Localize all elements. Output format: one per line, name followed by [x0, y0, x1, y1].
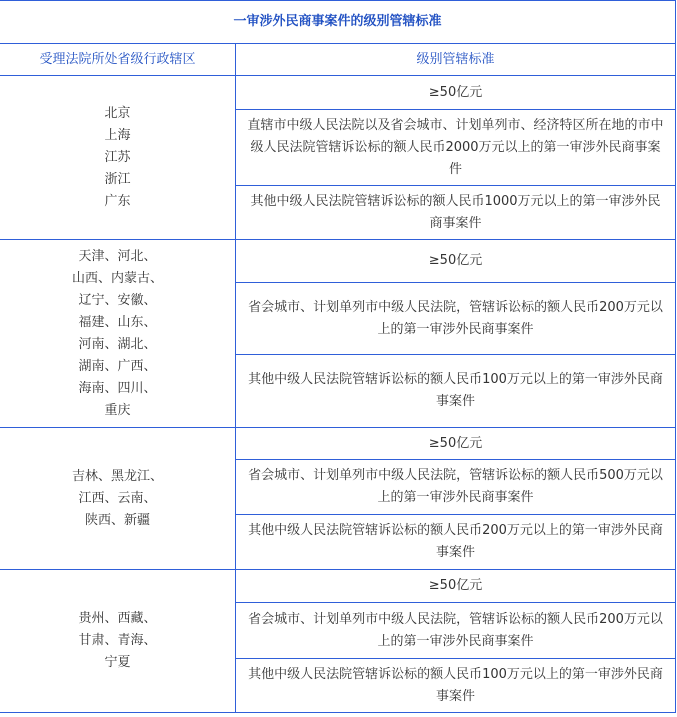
region-name: 海南、四川、 [8, 378, 227, 400]
region-name: 宁夏 [8, 652, 227, 674]
region-name: 天津、河北、 [8, 246, 227, 268]
standard-cell: 省会城市、计划单列市中级人民法院，管辖诉讼标的额人民币200万元以上的第一审涉外… [236, 283, 676, 355]
standard-cell: 直辖市中级人民法院以及省会城市、计划单列市、经济特区所在地的市中级人民法院管辖诉… [236, 110, 676, 186]
table-row: 北京 上海 江苏 浙江 广东 ≥50亿元 [0, 76, 676, 110]
region-name: 陕西、新疆 [8, 510, 227, 532]
region-name: 上海 [8, 125, 227, 147]
region-name: 湖南、广西、 [8, 356, 227, 378]
region-name: 山西、内蒙古、 [8, 268, 227, 290]
header-region: 受理法院所处省级行政辖区 [0, 44, 236, 76]
standard-cell: ≥50亿元 [236, 570, 676, 603]
header-standard: 级别管辖标准 [236, 44, 676, 76]
header-row: 受理法院所处省级行政辖区 级别管辖标准 [0, 44, 676, 76]
region-name: 浙江 [8, 169, 227, 191]
standard-cell: 其他中级人民法院管辖诉讼标的额人民币1000万元以上的第一审涉外民商事案件 [236, 186, 676, 240]
region-name: 甘肃、青海、 [8, 630, 227, 652]
standard-cell: 其他中级人民法院管辖诉讼标的额人民币200万元以上的第一审涉外民商事案件 [236, 515, 676, 570]
region-cell: 天津、河北、 山西、内蒙古、 辽宁、安徽、 福建、山东、 河南、湖北、 湖南、广… [0, 240, 236, 428]
jurisdiction-table: 一审涉外民商事案件的级别管辖标准 受理法院所处省级行政辖区 级别管辖标准 北京 … [0, 0, 676, 713]
standard-cell: 其他中级人民法院管辖诉讼标的额人民币100万元以上的第一审涉外民商事案件 [236, 355, 676, 428]
region-name: 吉林、黑龙江、 [8, 466, 227, 488]
region-cell: 吉林、黑龙江、 江西、云南、 陕西、新疆 [0, 428, 236, 570]
region-name: 广东 [8, 191, 227, 213]
region-name: 福建、山东、 [8, 312, 227, 334]
standard-cell: ≥50亿元 [236, 76, 676, 110]
standard-cell: 省会城市、计划单列市中级人民法院，管辖诉讼标的额人民币500万元以上的第一审涉外… [236, 460, 676, 515]
table-row: 吉林、黑龙江、 江西、云南、 陕西、新疆 ≥50亿元 [0, 428, 676, 460]
standard-cell: 其他中级人民法院管辖诉讼标的额人民币100万元以上的第一审涉外民商事案件 [236, 659, 676, 713]
region-name: 北京 [8, 103, 227, 125]
standard-cell: ≥50亿元 [236, 428, 676, 460]
table-title: 一审涉外民商事案件的级别管辖标准 [0, 1, 676, 44]
region-cell: 北京 上海 江苏 浙江 广东 [0, 76, 236, 240]
table-row: 天津、河北、 山西、内蒙古、 辽宁、安徽、 福建、山东、 河南、湖北、 湖南、广… [0, 240, 676, 283]
region-name: 江苏 [8, 147, 227, 169]
region-name: 江西、云南、 [8, 488, 227, 510]
title-row: 一审涉外民商事案件的级别管辖标准 [0, 1, 676, 44]
region-name: 贵州、西藏、 [8, 608, 227, 630]
standard-cell: 省会城市、计划单列市中级人民法院，管辖诉讼标的额人民币200万元以上的第一审涉外… [236, 603, 676, 659]
region-name: 重庆 [8, 400, 227, 422]
region-name: 河南、湖北、 [8, 334, 227, 356]
standard-cell: ≥50亿元 [236, 240, 676, 283]
table-row: 贵州、西藏、 甘肃、青海、 宁夏 ≥50亿元 [0, 570, 676, 603]
region-name: 辽宁、安徽、 [8, 290, 227, 312]
region-cell: 贵州、西藏、 甘肃、青海、 宁夏 [0, 570, 236, 713]
